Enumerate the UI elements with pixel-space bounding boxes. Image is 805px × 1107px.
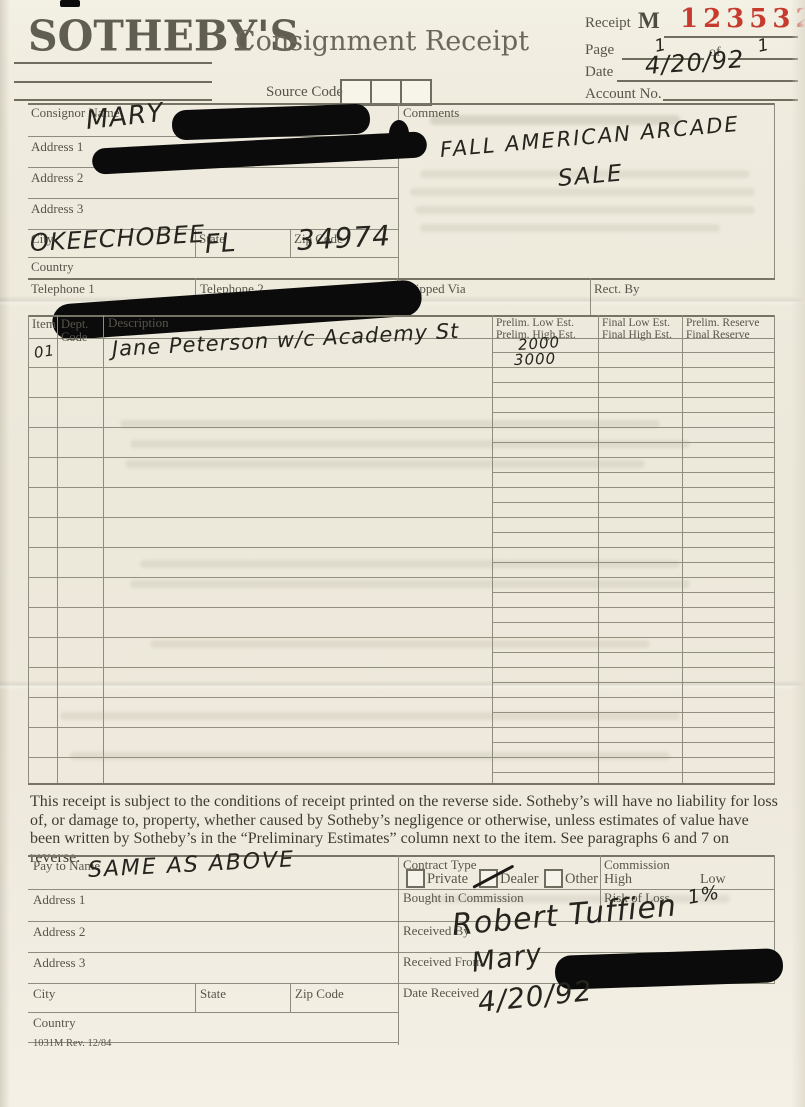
date-received-value: 4/20/92 [476, 974, 594, 1019]
col-reserve-label-line1: Prelim. Reserve [686, 317, 759, 329]
bought-in-commission-label: Bought in Commission [403, 891, 524, 904]
account-no-line [663, 99, 798, 101]
col-dept-label-line2: Code [61, 331, 87, 343]
receipt-number: 123532 [680, 4, 805, 34]
checkbox-private [406, 869, 425, 888]
col-reserve-label-line2: Final Reserve [686, 329, 750, 341]
col-prelim-label-line1: Prelim. Low Est. [496, 317, 574, 329]
receipt-number-line [664, 36, 798, 38]
date-label: Date [585, 66, 613, 79]
checkbox-other-label: Other [565, 871, 598, 888]
receipt-label: Receipt [585, 17, 631, 30]
commission-high-label: High [604, 873, 632, 886]
pay-city-label: City [33, 987, 55, 1000]
date-value: 4/20/92 [644, 45, 745, 80]
col-dept-label-line1: Dept. [61, 318, 88, 330]
comment-hole-mark [389, 120, 409, 148]
col-item-label: Item [32, 318, 56, 330]
address1-redaction-bar [92, 131, 428, 174]
consignor-state-value: FL [204, 228, 237, 260]
pay-zip-label: Zip Code [295, 987, 344, 1000]
rect-by-label: Rect. By [594, 282, 640, 295]
commission-label: Commission [604, 858, 670, 871]
consignor-zip-value: 34974 [296, 219, 392, 257]
source-code-box [400, 79, 432, 106]
pay-address2-label: Address 2 [33, 925, 85, 938]
col-description-label: Description [108, 317, 169, 329]
total-pages-value: 1 [756, 35, 772, 57]
item-number: 01 [33, 341, 56, 362]
date-received-label: Date Received [403, 986, 479, 999]
consignor-address1-label: Address 1 [31, 140, 83, 153]
pay-state-label: State [200, 987, 226, 1000]
pay-country-label: Country [33, 1016, 76, 1029]
header-blank-line [14, 99, 212, 101]
received-from-signature: Mary [470, 938, 545, 979]
pay-address1-label: Address 1 [33, 893, 85, 906]
receipt-series: M [638, 8, 660, 34]
page-label: Page [585, 44, 614, 57]
checkbox-dealer-label: Dealer [500, 871, 539, 888]
form-number: 1031M Rev. 12/84 [33, 1037, 111, 1050]
source-code-box [340, 79, 372, 106]
source-code-box [370, 79, 402, 106]
account-no-label: Account No. [585, 88, 662, 101]
page-title: Consignment Receipt [235, 26, 529, 57]
consignor-country-label: Country [31, 260, 74, 273]
telephone1-label: Telephone 1 [31, 282, 95, 295]
source-code-label: Source Code [266, 86, 343, 99]
header-blank-line [14, 81, 212, 83]
receipt-document: SOTHEBY'S Consignment Receipt Receipt M … [0, 0, 805, 1107]
pay-address3-label: Address 3 [33, 956, 85, 969]
checkbox-private-label: Private [427, 871, 468, 888]
col-final-label-line1: Final Low Est. [602, 317, 670, 329]
risk-of-loss-value: 1% [686, 882, 721, 909]
checkbox-other [544, 869, 563, 888]
consignor-address2-label: Address 2 [31, 171, 83, 184]
header-blank-line [14, 62, 212, 64]
prelim-high-value: 3000 [514, 350, 557, 369]
date-line [617, 80, 798, 82]
corner-mark [60, 0, 80, 7]
comments-label: Comments [403, 106, 459, 119]
consignor-address3-label: Address 3 [31, 202, 83, 215]
consignor-city-value: OKEECHOBEE [29, 220, 206, 257]
col-final-label-line2: Final High Est. [602, 329, 672, 341]
